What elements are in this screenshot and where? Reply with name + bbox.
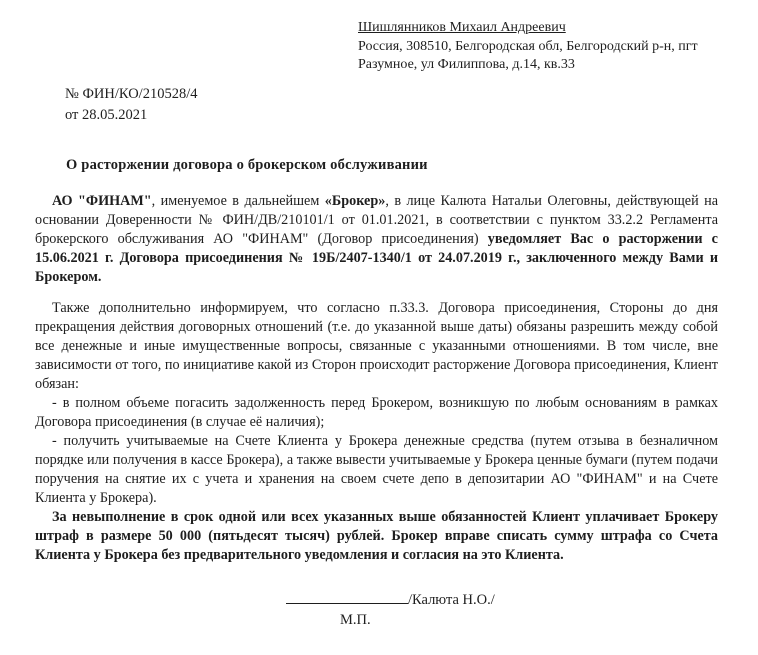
company-name: АО "ФИНАМ" [52,193,152,209]
reference-number: № ФИН/КО/210528/4 [65,84,197,105]
recipient-address-line1: Россия, 308510, Белгородская обл, Белгор… [358,38,743,57]
letter-page: Шишлянников Михаил Андреевич Россия, 308… [0,0,758,655]
signatory-name: /Калюта Н.О./ [408,592,495,608]
bullet-withdraw-assets: - получить учитываемые на Счете Клиента … [35,432,718,508]
seal-mark: М.П. [340,612,371,629]
recipient-block: Шишлянников Михаил Андреевич Россия, 308… [358,19,743,75]
letter-body: АО "ФИНАМ", именуемое в дальнейшем «Брок… [35,192,718,565]
reference-date: от 28.05.2021 [65,105,197,126]
signature-line [286,588,408,604]
paragraph-obligations: Также дополнительно информируем, что сог… [35,299,718,394]
intro-text-1: , именуемое в дальнейшем [152,193,325,209]
reference-block: № ФИН/КО/210528/4 от 28.05.2021 [65,84,197,126]
signature-row: /Калюта Н.О./ [286,588,495,609]
recipient-name: Шишлянников Михаил Андреевич [358,19,743,38]
paragraph-penalty: За невыполнение в срок одной или всех ук… [35,508,718,565]
broker-term: «Брокер» [325,193,386,209]
bullet-repay-debt: - в полном объеме погасить задолженность… [35,394,718,432]
paragraph-intro: АО "ФИНАМ", именуемое в дальнейшем «Брок… [35,192,718,287]
subject-line: О расторжении договора о брокерском обсл… [66,157,428,174]
recipient-address-line2: Разумное, ул Филиппова, д.14, кв.33 [358,56,743,75]
